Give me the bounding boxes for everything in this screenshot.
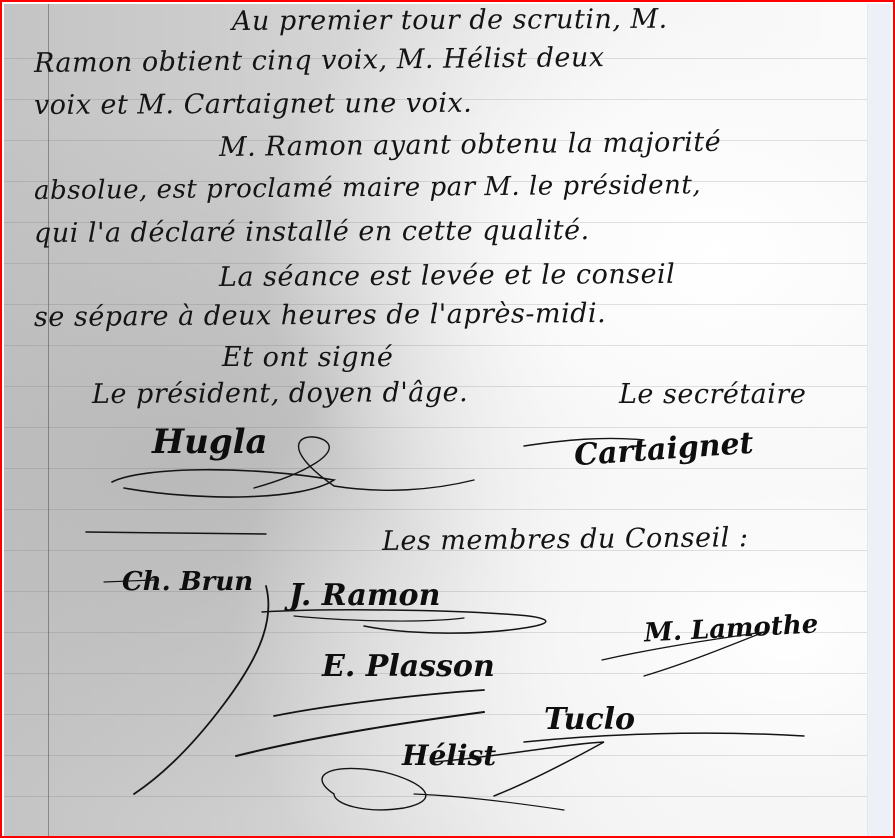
scanned-page: Au premier tour de scrutin, M. Ramon obt… bbox=[4, 4, 872, 838]
document-viewer-frame: Au premier tour de scrutin, M. Ramon obt… bbox=[0, 0, 895, 838]
signature-flourishes bbox=[4, 4, 872, 838]
viewer-side-strip bbox=[867, 4, 891, 838]
